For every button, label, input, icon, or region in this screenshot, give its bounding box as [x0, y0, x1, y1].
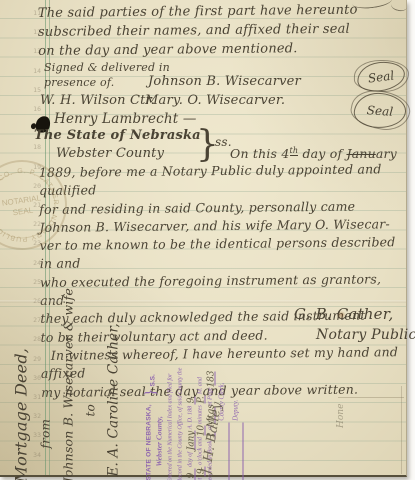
seal-center-text-1: NOTARIAL: [1, 193, 42, 207]
handwritten-day: 9: [187, 473, 197, 479]
grantor-signature-2: Mary. O. Wisecarver.: [145, 93, 285, 108]
month-text: ary: [376, 146, 397, 161]
date-text: day of: [298, 146, 346, 161]
witness-signature-2: Henry Lambrecht —: [54, 111, 197, 127]
handwritten-line: on the day and year above mentioned.: [38, 38, 408, 61]
docket-annotation: Mortgage Deed, from Johnson B. Wisecarve…: [8, 333, 143, 480]
docket-to: to: [81, 333, 101, 417]
embossed-notarial-seal: G. P. CATHER · NOTARY PUBLIC · WEBSTER C…: [0, 151, 76, 259]
stamp-deputy-line: Deputy.: [230, 358, 244, 480]
stamp-ss: S.S.: [150, 374, 157, 386]
fold-line-vertical: [401, 386, 402, 474]
stamp-text: M. and: [197, 377, 204, 394]
venue-state: The State of Nebraska: [34, 128, 201, 143]
acknowledgment-date-line: On this 4th day of January: [230, 146, 397, 161]
month-struck: Janu: [346, 146, 375, 161]
docket-from: from: [35, 333, 57, 449]
stamp-line: Record in the County Office, of said Cou…: [176, 358, 186, 480]
date-text: On this: [230, 146, 281, 161]
notary-title: Notary Public.: [316, 327, 415, 343]
seal-center-text-2: SEAL: [12, 205, 34, 217]
clerk-signature-rule: [222, 423, 230, 480]
hand-drawn-seal-1: Seal: [355, 59, 406, 94]
deputy-signature-rule: [236, 423, 244, 480]
handwritten-page: 183: [207, 371, 217, 388]
stamp-state: STATE OF NEBRASKA,: [146, 404, 153, 480]
stamp-text: day of: [187, 452, 194, 467]
handwritten-year: 9: [187, 398, 197, 404]
stamp-blank-month: Jany: [188, 431, 196, 451]
handwritten-ampm: P.: [197, 396, 207, 403]
stamp-text: minutes: [197, 405, 204, 424]
docket-title: Mortgage Deed,: [8, 333, 35, 480]
day-number: 4: [281, 146, 289, 161]
seal-label: Seal: [367, 68, 395, 85]
stamp-blank-day: 9: [188, 469, 196, 480]
stamp-blank-ampm: P.: [198, 396, 206, 404]
stamp-text: Deputy.: [233, 400, 240, 421]
docket-grantee: E. A. Caroline Cather,: [101, 333, 127, 477]
pencil-margin-note: Hone: [336, 388, 348, 428]
venue-county: Webster County: [56, 146, 164, 161]
grantor-signature-1: Johnson B. Wisecarver: [148, 74, 301, 89]
county-filing-stamp: STATE OF NEBRASKA, Webster County, } S.S…: [145, 358, 265, 480]
stamp-line: Entered on the Numerical Index and filed…: [166, 358, 176, 480]
handwritten-line: ver to me known to be the identical pers…: [40, 233, 408, 273]
ledger-paper: 11 12 13 14 15 16 17 18 19 20 21 22 23 2…: [0, 0, 407, 477]
stamp-text: A. D. 188: [187, 406, 194, 429]
day-ordinal: th: [290, 146, 299, 156]
witness-signature-1: W. H. Wilson Ctr.: [40, 93, 155, 108]
stamp-blank-page: 183: [208, 372, 216, 386]
hand-drawn-seal-2: Seal: [353, 91, 407, 130]
scanned-deed-page: 11 12 13 14 15 16 17 18 19 20 21 22 23 2…: [0, 0, 415, 480]
ink-stain: [337, 311, 346, 319]
stamp-county: Webster County,: [155, 416, 164, 466]
stamp-brace: }: [143, 389, 161, 397]
docket-grantors: Johnson B. Wisecarver & wife: [57, 333, 81, 480]
seal-label: Seal: [366, 103, 393, 119]
handwritten-line: 1889, before me a Notary Public duly app…: [39, 160, 407, 200]
handwritten-line: Signed & delivered in: [44, 60, 170, 75]
stamp-header: STATE OF NEBRASKA, Webster County, } S.S…: [145, 358, 166, 480]
closing-paragraph: The said parties of the first part have …: [38, 0, 409, 61]
stamp-blank-year: 9: [188, 396, 196, 404]
fold-line-horizontal: [338, 397, 404, 398]
stamp-line-date: 9 day of Jany A. D. 188 9: [186, 358, 196, 480]
handwritten-month: Jany: [187, 431, 197, 450]
